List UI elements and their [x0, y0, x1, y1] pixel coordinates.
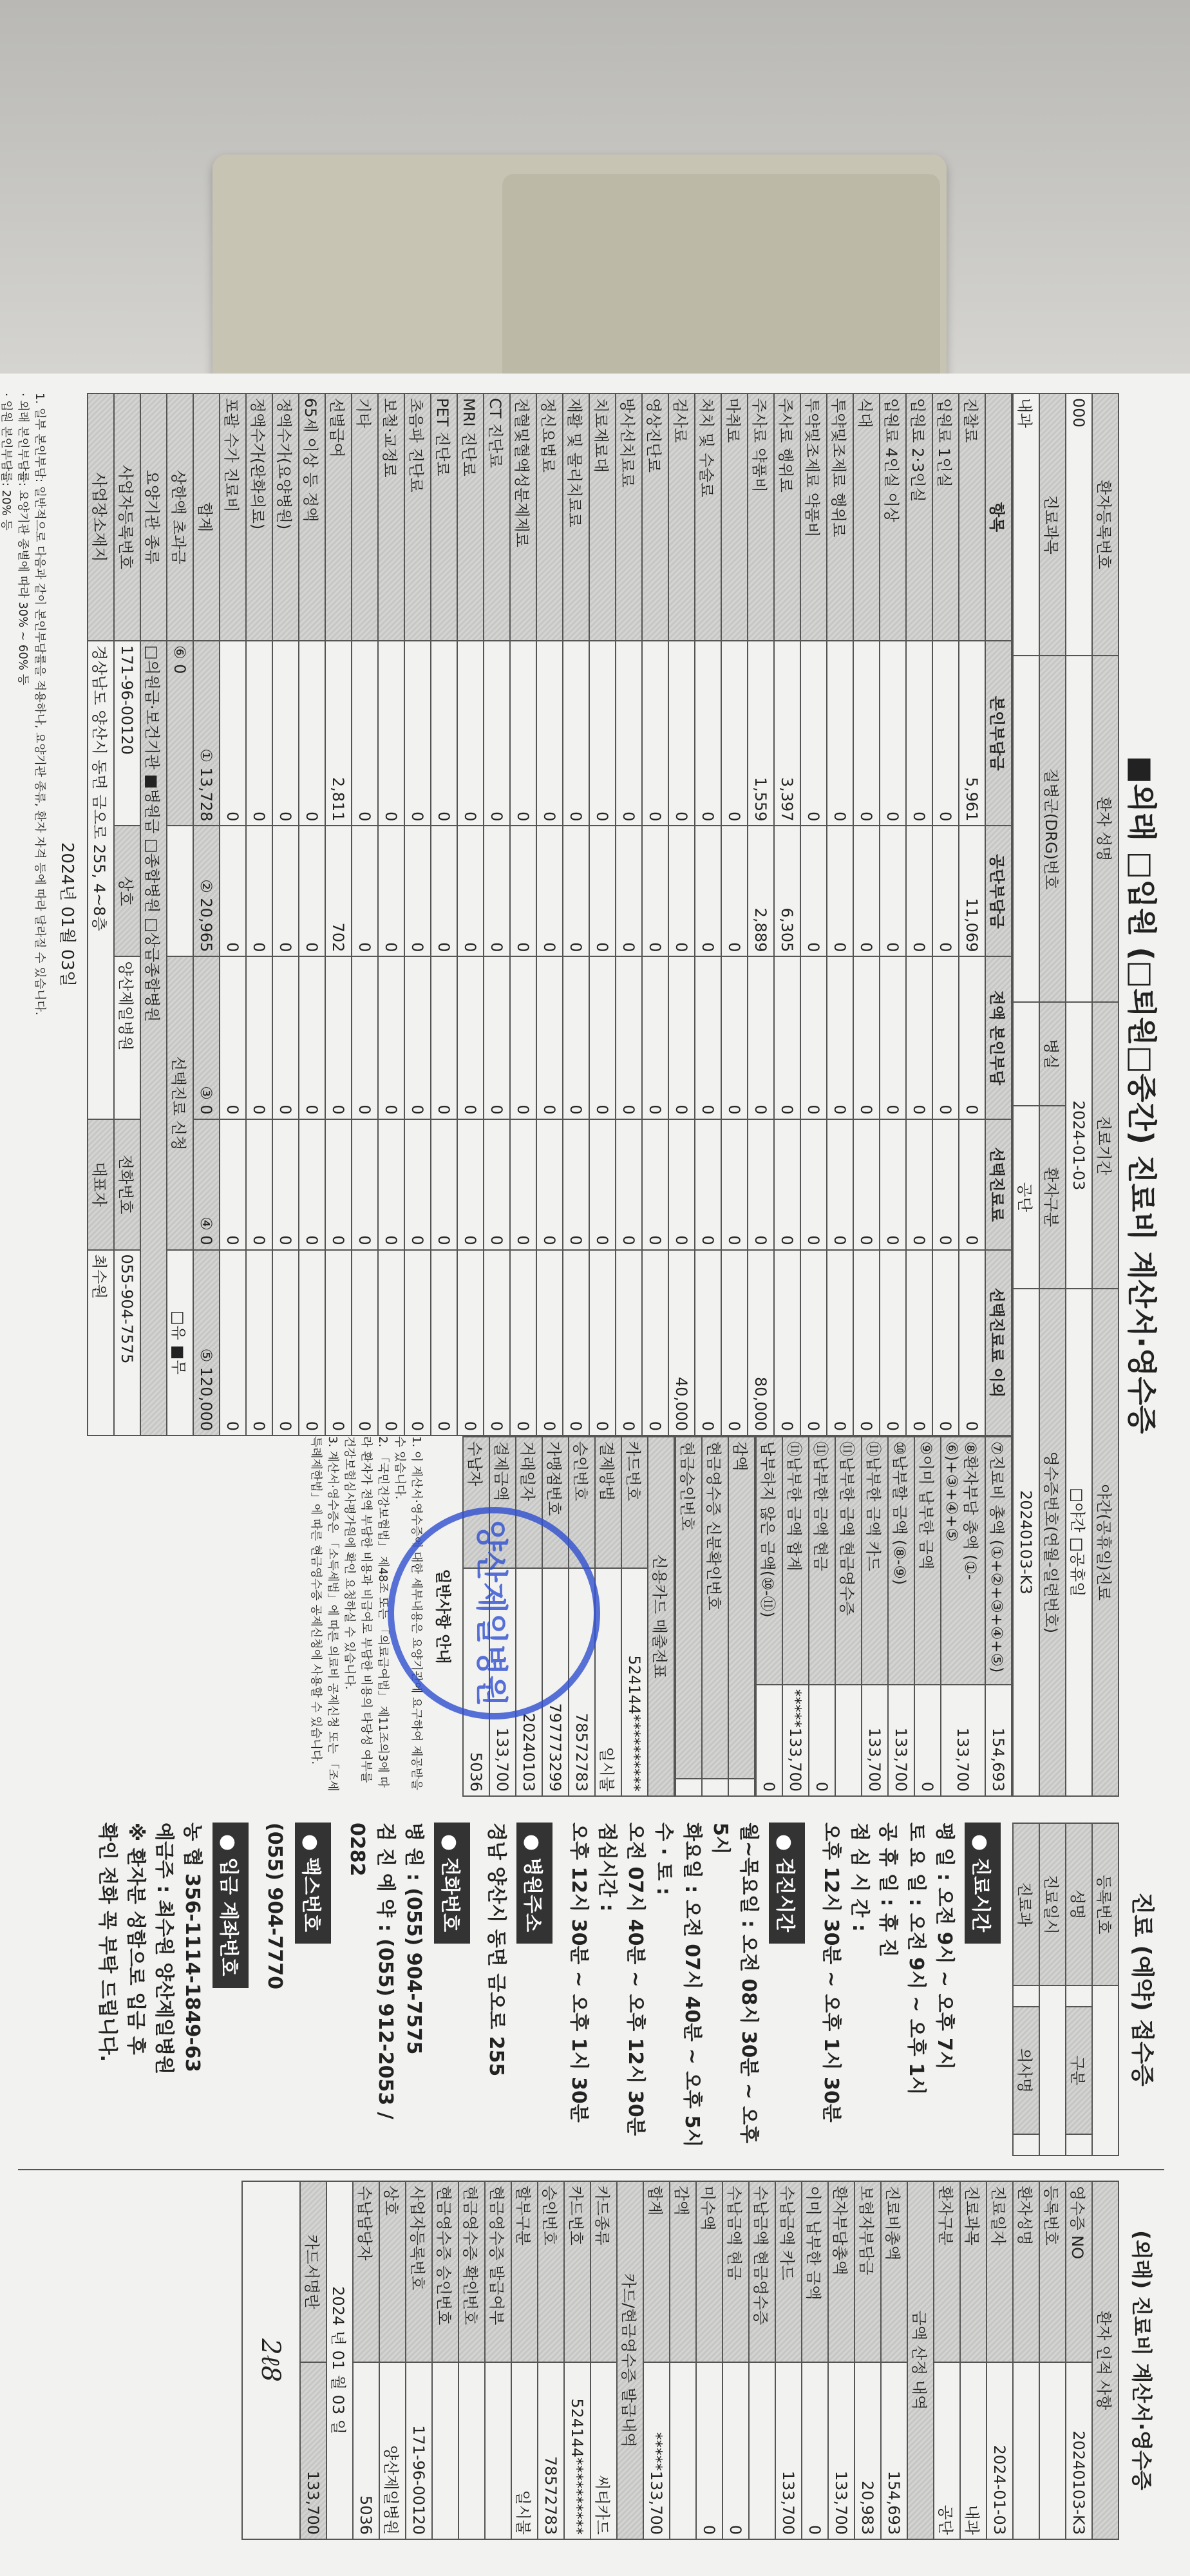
item-nonsel: 0 [563, 1250, 589, 1435]
item-sel: 0 [220, 1119, 246, 1250]
label-night: 야간(공휴일)진료 [1092, 1289, 1119, 1796]
item-self: 0 [932, 641, 959, 826]
col-public: 공단부담금 [985, 826, 1012, 956]
row-value: 0 [809, 1685, 835, 1796]
row-value: 일시불 [511, 2362, 538, 2539]
value-night: □야간 □공휴일 [1066, 1289, 1092, 1796]
checkup-line: 오후 12시 30분 ~ 오후 1시 30분 [564, 1823, 592, 2156]
row-label: ⑩납부할 금액 (⑧-⑨) [888, 1437, 914, 1685]
row-value [728, 1779, 755, 1796]
item-nonsel: 0 [325, 1250, 352, 1435]
row-label: 현금승인번호 [675, 1437, 702, 1779]
table-row: 보험자부담금20,983 [855, 2181, 881, 2539]
item-sel: 0 [668, 1119, 695, 1250]
value-patient-type: 공단 [1013, 1106, 1039, 1289]
item-full: 0 [431, 956, 457, 1119]
item-self: 0 [536, 641, 563, 826]
row-label: 카드번호 [564, 2181, 590, 2362]
totals-label: 합계 [193, 393, 220, 641]
item-label: 입원료 1인실 [932, 393, 959, 641]
row-label: 보험자부담금 [855, 2181, 881, 2362]
receipt-header-table: 환자등록번호 환자 성명 진료기간 야간(공휴일)진료 000 2024-01-… [1012, 393, 1119, 1797]
hours-line: 공 휴 일 : 휴 진 [873, 1823, 902, 2156]
item-nonsel: 0 [616, 1250, 642, 1435]
item-public: 0 [457, 826, 484, 956]
item-full: 0 [748, 956, 774, 1119]
row-value: 78572783 [538, 2362, 564, 2539]
row-value: 0 [914, 1685, 941, 1796]
section-patient: 환자 인적 사항 [1092, 2181, 1119, 2539]
table-row: 현금영수증 발급여부 [485, 2181, 511, 2539]
hours-line: 토 요 일 : 오전 9시 ~ 오후 1시 [902, 1823, 930, 2156]
inst-name-label: 상호 [114, 826, 140, 956]
row-label: 환자성명 [1013, 2181, 1039, 2362]
summary-title: (외래) 진료비 계산서·영수증 [1119, 2181, 1164, 2540]
value-reg-no: 000 [1066, 393, 1092, 656]
table-row: 투약및조제료 약품비00000 [800, 393, 827, 1435]
receipt-date: 2024년 01월 03일 [57, 393, 80, 1436]
item-label: 투약및조제료 약품비 [800, 393, 827, 641]
row-value: 0 [696, 2362, 722, 2539]
item-sel: 0 [748, 1119, 774, 1250]
item-nonsel: 0 [932, 1250, 959, 1435]
total-5: ⑤ 120,000 [193, 1250, 220, 1435]
item-label: 주사료 행위료 [774, 393, 800, 641]
item-self: 0 [220, 641, 246, 826]
table-row: 영수증 NO20240103-K3 [1066, 2181, 1092, 2539]
item-self: 0 [246, 641, 272, 826]
item-nonsel: 0 [906, 1250, 932, 1435]
row-label: 현금영수증 발급여부 [485, 2181, 511, 2362]
appt-label-dept: 진료과 [1013, 1823, 1039, 1985]
item-sel: 0 [880, 1119, 906, 1250]
row-label: 수납담당자 [353, 2181, 379, 2362]
item-public: 0 [800, 826, 827, 956]
phone-line: 검 진 예 약 : (055) 912-2053 / 0282 [343, 1823, 399, 2156]
row-label: ⑪납부한 금액 현금영수증 [835, 1437, 862, 1685]
table-row: 현금영수증 확인번호 [458, 2181, 485, 2539]
row-value: 20240103-K3 [1066, 2362, 1092, 2539]
total-1: ① 13,728 [193, 641, 220, 826]
inst-phone-label: 전화번호 [114, 1119, 140, 1250]
row-label: 감액 [728, 1437, 755, 1779]
table-row: 마취료00000 [721, 393, 748, 1435]
account-info: 농 협 356-1114-1849-63예금주 : 최수원 양산제일병원※ 환자… [93, 1823, 206, 2156]
value-drg [1013, 656, 1039, 1002]
item-public: 0 [272, 826, 299, 956]
item-self: 0 [404, 641, 431, 826]
table-row: CT 진단료00000 [484, 393, 510, 1435]
row-label: ⑧환자부담 총액 (①-⑥)+③+④+⑤ [941, 1437, 985, 1685]
table-row: 수납금액 카드133,700 [775, 2181, 802, 2539]
item-full: 0 [800, 956, 827, 1119]
addr-label: 사업장소재지 [88, 393, 114, 641]
row-value: 154,693 [881, 2362, 907, 2539]
label-patient-type: 환자구분 [1039, 1106, 1066, 1289]
item-nonsel: 0 [880, 1250, 906, 1435]
item-label: 투약및조제료 행위료 [827, 393, 853, 641]
item-self: 1,559 [748, 641, 774, 826]
row-label: 납부하지 않은 금액(⑩-⑪) [756, 1437, 782, 1685]
item-full: 0 [510, 956, 536, 1119]
ceiling-value: ⑥ 0 [167, 641, 193, 826]
item-nonsel: 0 [800, 1250, 827, 1435]
col-nonselective: 선택진료료 이외 [985, 1250, 1012, 1435]
item-label: CT 진단료 [484, 393, 510, 641]
item-full: 0 [563, 956, 589, 1119]
table-row: 진찰료5,96111,069000 [959, 393, 985, 1435]
total-3: ③ 0 [193, 956, 220, 1119]
rep-value: 최수원 [88, 1250, 114, 1435]
table-row: 환자부담총액133,700 [828, 2181, 855, 2539]
item-self: 0 [827, 641, 853, 826]
item-label: 정신요법료 [536, 393, 563, 641]
appointment-and-summary: 진료 (예약) 접수증 등록번호 성명 구분 진료일시 [18, 1810, 1164, 2550]
item-public: 0 [695, 826, 721, 956]
item-nonsel: 0 [536, 1250, 563, 1435]
item-sel: 0 [616, 1119, 642, 1250]
item-label: 보철·교정료 [378, 393, 404, 641]
item-sel: 0 [563, 1119, 589, 1250]
item-nonsel: 0 [589, 1250, 616, 1435]
phone-line: 병 원 : (055) 904-7575 [399, 1823, 428, 2156]
item-sel: 0 [642, 1119, 668, 1250]
phone-list: 병 원 : (055) 904-7575검 진 예 약 : (055) 912-… [343, 1823, 428, 2156]
appt-label-name: 성명 [1066, 1823, 1092, 1985]
item-nonsel: 0 [510, 1250, 536, 1435]
item-label: 65세 이상 등 정액 [299, 393, 325, 641]
table-row: 입원료 1인실00000 [932, 393, 959, 1435]
row-label: 현금영수증 확인번호 [458, 2181, 485, 2362]
table-row: 방사선치료료00000 [616, 393, 642, 1435]
table-row: 초음파 진단료00000 [404, 393, 431, 1435]
addr-value: 경상남도 양산시 동면 금오로 255, 4~8층 [88, 641, 114, 1119]
ceiling-label: 상한액 초과금 [167, 393, 193, 641]
item-label: 입원료 2·3인실 [906, 393, 932, 641]
item-self: 0 [510, 641, 536, 826]
item-full: 0 [246, 956, 272, 1119]
row-value [1039, 2362, 1066, 2539]
row-label: 승인번호 [538, 2181, 564, 2362]
receipt-paper: ■외래 □입원 (□퇴원□중간) 진료비 계산서·영수증 환자등록번호 환자 성… [0, 374, 1190, 2576]
item-nonsel: 0 [774, 1250, 800, 1435]
table-row: ⑩납부할 금액 (⑧-⑨)133,700 [888, 1437, 914, 1796]
receipt-notes: 1. 일부 본인부담: 일반적으로 다음과 같이 본인부담률을 적용하나, 요양… [0, 393, 48, 1436]
item-public: 0 [510, 826, 536, 956]
item-sel: 0 [246, 1119, 272, 1250]
total-4: ④ 0 [193, 1119, 220, 1250]
item-label: 재활 및 물리치료료 [563, 393, 589, 641]
table-row: 합계*****133,700 [643, 2181, 670, 2539]
item-public: 11,069 [959, 826, 985, 956]
table-row: 환자구분공단 [934, 2181, 960, 2539]
item-nonsel: 0 [853, 1250, 880, 1435]
row-value: *****133,700 [782, 1685, 809, 1796]
table-row: 재활 및 물리치료료00000 [563, 393, 589, 1435]
item-sel: 0 [695, 1119, 721, 1250]
item-self: 0 [800, 641, 827, 826]
table-row: 사업자등록번호171-96-00120 [406, 2181, 432, 2539]
row-value [702, 1779, 728, 1796]
item-nonsel: 40,000 [668, 1250, 695, 1435]
table-row: 할부구분일시불 [511, 2181, 538, 2539]
table-row: 이미 납부한 금액0 [802, 2181, 828, 2539]
item-public: 0 [220, 826, 246, 956]
label-room: 병실 [1039, 1002, 1066, 1106]
item-sel: 0 [378, 1119, 404, 1250]
item-nonsel: 0 [431, 1250, 457, 1435]
fee-items-table: 항목 본인부담금 공단부담금 전액 본인부담 선택진료료 선택진료료 이외 진찰… [87, 393, 1012, 1436]
item-sel: 0 [457, 1119, 484, 1250]
item-public: 0 [827, 826, 853, 956]
appt-label-type: 구분 [1066, 2007, 1092, 2134]
item-label: 진찰료 [959, 393, 985, 641]
table-row: 진료과목내과 [960, 2181, 987, 2539]
item-public: 0 [880, 826, 906, 956]
table-row: PET 진단료00000 [431, 393, 457, 1435]
row-label: 상호 [379, 2181, 406, 2362]
item-full: 0 [616, 956, 642, 1119]
item-label: 주사료 약품비 [748, 393, 774, 641]
item-sel: 0 [589, 1119, 616, 1250]
item-full: 0 [827, 956, 853, 1119]
item-label: 기타 [352, 393, 378, 641]
item-nonsel: 0 [404, 1250, 431, 1435]
row-value: 씨티카드 [590, 2362, 617, 2539]
item-full: 0 [695, 956, 721, 1119]
item-self: 3,397 [774, 641, 800, 826]
table-row: 납부하지 않은 금액(⑩-⑪)0 [756, 1437, 782, 1796]
item-sel: 0 [484, 1119, 510, 1250]
table-row: 수납담당자5036 [353, 2181, 379, 2539]
item-self: 0 [695, 641, 721, 826]
item-full: 0 [299, 956, 325, 1119]
item-nonsel: 0 [352, 1250, 378, 1435]
item-full: 0 [272, 956, 299, 1119]
table-row: 선별급여2,811702000 [325, 393, 352, 1435]
label-period: 진료기간 [1092, 1002, 1119, 1288]
table-row: 영상진단료00000 [642, 393, 668, 1435]
signature: 2ℓ8 [242, 2181, 300, 2539]
row-value: 524144********** [564, 2362, 590, 2539]
label-dept: 진료과목 [1039, 393, 1066, 656]
row-value: 양산제일병원 [379, 2362, 406, 2539]
row-label: 환자구분 [934, 2181, 960, 2362]
item-nonsel: 0 [220, 1250, 246, 1435]
hospital-stamp: 양산제일병원 [388, 1507, 600, 1719]
item-full: 0 [325, 956, 352, 1119]
table-row: 현금승인번호 [675, 1437, 702, 1796]
row-value: 171-96-00120 [406, 2362, 432, 2539]
item-public: 0 [246, 826, 272, 956]
value-dept: 내과 [1013, 393, 1039, 656]
table-row: 등록번호 [1039, 2181, 1066, 2539]
item-label: 치료재료대 [589, 393, 616, 641]
row-label: 등록번호 [1039, 2181, 1066, 2362]
value-receipt-no: 20240103-K3 [1013, 1289, 1039, 1796]
table-row: 현금영수증 승인번호 [432, 2181, 458, 2539]
item-public: 6,305 [774, 826, 800, 956]
item-full: 0 [352, 956, 378, 1119]
inst-phone-value: 055-904-7575 [114, 1250, 140, 1435]
row-value: 2024-01-03 [987, 2362, 1013, 2539]
note-line: 3. 계산서·영수증은 「소득세법」에 따른 의료비 공제신청 또는 「조세특례… [307, 1436, 341, 1797]
table-row: 카드번호524144********** [621, 1437, 648, 1796]
row-label: 진료일자 [987, 2181, 1013, 2362]
item-sel: 0 [510, 1119, 536, 1250]
hours-line: 평 일 : 오전 9시 ~ 오후 7시 [930, 1823, 958, 2156]
table-row: MRI 진단료00000 [457, 393, 484, 1435]
table-row: 정액수가(요양병원)00000 [272, 393, 299, 1435]
row-label: 수납금액 현금영수증 [749, 2181, 775, 2362]
item-sel: 0 [431, 1119, 457, 1250]
item-self: 0 [668, 641, 695, 826]
item-public: 0 [589, 826, 616, 956]
table-row: 수납금액 현금0 [722, 2181, 749, 2539]
row-value [458, 2362, 485, 2539]
item-nonsel: 0 [272, 1250, 299, 1435]
table-row: 수납금액 현금영수증 [749, 2181, 775, 2539]
selective-request-value: □유 ■무 [167, 1250, 193, 1435]
rep-label: 대표자 [88, 1119, 114, 1250]
row-label: 이미 납부한 금액 [802, 2181, 828, 2362]
checkup-line: 점심시간 : [592, 1823, 621, 2156]
row-value [485, 2362, 511, 2539]
item-nonsel: 0 [246, 1250, 272, 1435]
table-row: 처치 및 수술료00000 [695, 393, 721, 1435]
cash-receipt-table: 감액현금영수증 신분확인번호현금승인번호 [675, 1436, 755, 1797]
table-row: 검사료000040,000 [668, 393, 695, 1435]
item-nonsel: 0 [695, 1250, 721, 1435]
item-self: 2,811 [325, 641, 352, 826]
item-nonsel: 0 [299, 1250, 325, 1435]
table-row: 주사료 약품비1,5592,8890080,000 [748, 393, 774, 1435]
summary-receipt-table: 환자 인적 사항 영수증 NO20240103-K3등록번호환자성명진료일자20… [241, 2181, 1119, 2540]
sign-amount: 133,700 [300, 2362, 326, 2539]
item-public: 0 [563, 826, 589, 956]
fax-heading: 팩스번호 [295, 1823, 331, 1944]
table-row: 현금영수증 신분확인번호 [702, 1437, 728, 1796]
row-label: 카드번호 [621, 1437, 648, 1568]
row-value [432, 2362, 458, 2539]
table-row: ⑪납부한 금액 카드133,700 [862, 1437, 888, 1796]
label-receipt-no: 영수증번호(연월-일련번호) [1039, 1289, 1066, 1796]
item-public: 0 [721, 826, 748, 956]
account-line: 확인 전화 꼭 부탁 드립니다. [93, 1823, 121, 2156]
table-row: 카드종류씨티카드 [590, 2181, 617, 2539]
note-line: 1. 일부 본인부담: 일반적으로 다음과 같이 본인부담률을 적용하나, 요양… [31, 393, 48, 1436]
item-sel: 0 [536, 1119, 563, 1250]
row-label: 진료과목 [960, 2181, 987, 2362]
appt-label-doctor: 의사명 [1013, 2007, 1039, 2134]
row-label: 합계 [643, 2181, 670, 2362]
item-label: 전혈및혈액성분제제료 [510, 393, 536, 641]
item-label: PET 진단료 [431, 393, 457, 641]
row-value: 5036 [353, 2362, 379, 2539]
item-label: 검사료 [668, 393, 695, 641]
row-label: 현금영수증 신분확인번호 [702, 1437, 728, 1779]
hours-line: 오후 12시 30분 ~ 오후 1시 30분 [817, 1823, 845, 2156]
item-self: 5,961 [959, 641, 985, 826]
item-nonsel: 80,000 [748, 1250, 774, 1435]
row-value [670, 2362, 696, 2539]
item-label: 식대 [853, 393, 880, 641]
item-full: 0 [536, 956, 563, 1119]
inst-type-label: 요양기관 종류 [140, 393, 167, 641]
bizno-label: 사업자등록번호 [114, 393, 140, 641]
hours-line: 점 심 시 간 : [845, 1823, 873, 2156]
medical-receipt: ■외래 □입원 (□퇴원□중간) 진료비 계산서·영수증 환자등록번호 환자 성… [18, 393, 1164, 1797]
item-public: 0 [378, 826, 404, 956]
row-label: 사업자등록번호 [406, 2181, 432, 2362]
table-row: ⑨이미 납부한 금액0 [914, 1437, 941, 1796]
note-line: 2. 「국민건강보험법」 제48조 또는 「의료급여법」 제11조의3에 따라 … [341, 1436, 391, 1797]
appointment-card: 진료 (예약) 접수증 등록번호 성명 구분 진료일시 [18, 1810, 1164, 2170]
row-label: ⑪납부한 금액 현금 [809, 1437, 835, 1685]
row-value: 133,700 [775, 2362, 802, 2539]
table-row: 승인번호78572783 [538, 2181, 564, 2539]
item-self: 0 [853, 641, 880, 826]
table-row: ⑪납부한 금액 현금영수증 [835, 1437, 862, 1796]
item-nonsel: 0 [959, 1250, 985, 1435]
row-label: 진료비총액 [881, 2181, 907, 2362]
item-self: 0 [352, 641, 378, 826]
table-row: 입원료 2·3인실00000 [906, 393, 932, 1435]
item-public: 0 [616, 826, 642, 956]
appt-label-datetime: 진료일시 [1039, 1823, 1066, 1985]
table-row: 진료비총액154,693 [881, 2181, 907, 2539]
table-row: 기타00000 [352, 393, 378, 1435]
item-self: 0 [642, 641, 668, 826]
item-self: 0 [378, 641, 404, 826]
item-full: 0 [906, 956, 932, 1119]
label-reg-no: 환자등록번호 [1092, 393, 1119, 656]
table-row: 감액 [670, 2181, 696, 2539]
table-row: 투약및조제료 행위료00000 [827, 393, 853, 1435]
row-label: 영수증 NO [1066, 2181, 1092, 2362]
item-self: 0 [721, 641, 748, 826]
row-value [675, 1779, 702, 1796]
item-public: 0 [668, 826, 695, 956]
item-full: 0 [853, 956, 880, 1119]
item-self: 0 [880, 641, 906, 826]
item-full: 0 [378, 956, 404, 1119]
row-value: 내과 [960, 2362, 987, 2539]
item-public: 0 [932, 826, 959, 956]
account-line: ※ 환자분 성함으로 입금 후 [121, 1823, 149, 2156]
item-sel: 0 [906, 1119, 932, 1250]
row-label: ⑪납부한 금액 카드 [862, 1437, 888, 1685]
address-heading: 병원주소 [516, 1823, 552, 1944]
section-amount: 금액 산정 내역 [907, 2181, 934, 2539]
section-card: 카드/현금영수증 발급내역 [617, 2181, 643, 2539]
table-row: 상호양산제일병원 [379, 2181, 406, 2539]
table-row: 식대00000 [853, 393, 880, 1435]
appt-label-reg: 등록번호 [1092, 1823, 1119, 1985]
hours-heading: 진료시간 [965, 1823, 1001, 1944]
table-row: 환자성명 [1013, 2181, 1039, 2539]
note-line: · 외래 본인부담률: 요양기관 종별에 따라 30% ~ 60% 등 [14, 393, 31, 1436]
col-self: 본인부담금 [985, 641, 1012, 826]
item-self: 0 [563, 641, 589, 826]
item-public: 2,889 [748, 826, 774, 956]
table-row: ⑧환자부담 총액 (①-⑥)+③+④+⑤133,700 [941, 1437, 985, 1796]
row-value: 133,700 [828, 2362, 855, 2539]
item-sel: 0 [352, 1119, 378, 1250]
value-period: 2024-01-03 [1066, 1002, 1092, 1288]
row-value [835, 1685, 862, 1796]
inst-type-value: □의원급·보건기관 ■병원급 □종합병원 □상급종합병원 [140, 641, 167, 1435]
